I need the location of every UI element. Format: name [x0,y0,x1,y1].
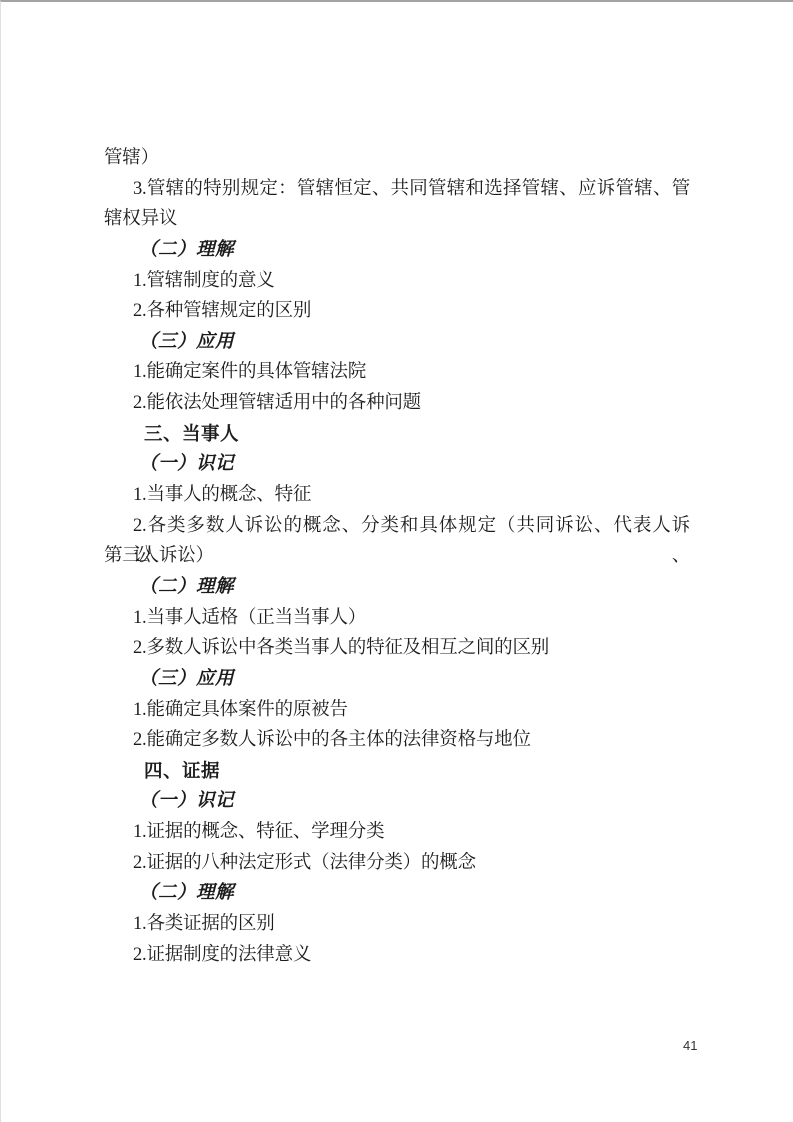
body-text-line: 1.证据的概念、特征、学理分类 [104,817,690,848]
page-number: 41 [683,1038,697,1053]
section-heading-line: 三、当事人 [104,419,690,450]
subheading-line: （三）应用 [104,664,690,695]
body-text-line: 1.能确定案件的具体管辖法院 [104,357,690,388]
body-text-line: 2.证据制度的法律意义 [104,940,690,971]
section-heading-line: 四、证据 [104,756,690,787]
body-text-line: 1.当事人适格（正当当事人） [104,603,690,634]
subheading-line: （二）理解 [104,235,690,266]
document-page: 管辖）3.管辖的特别规定：管辖恒定、共同管辖和选择管辖、应诉管辖、管辖权异议（二… [0,0,793,1122]
body-text-line: 3.管辖的特别规定：管辖恒定、共同管辖和选择管辖、应诉管辖、管 [104,174,690,205]
body-text-line: 2.能确定多数人诉讼中的各主体的法律资格与地位 [104,725,690,756]
subheading-line: （一）识记 [104,786,690,817]
body-text-line: 1.管辖制度的意义 [104,266,690,297]
subheading-line: （二）理解 [104,878,690,909]
document-body: 管辖）3.管辖的特别规定：管辖恒定、共同管辖和选择管辖、应诉管辖、管辖权异议（二… [104,143,690,970]
body-text-line: 管辖） [104,143,690,174]
subheading-line: （一）识记 [104,449,690,480]
body-text-line: 2.各种管辖规定的区别 [104,296,690,327]
body-text-line: 2.各类多数人诉讼的概念、分类和具体规定（共同诉讼、代表人诉讼、 [104,511,690,542]
body-text-line: 2.证据的八种法定形式（法律分类）的概念 [104,848,690,879]
subheading-line: （二）理解 [104,572,690,603]
body-text-line: 1.能确定具体案件的原被告 [104,695,690,726]
body-text-line: 2.多数人诉讼中各类当事人的特征及相互之间的区别 [104,633,690,664]
body-text-line: 2.能依法处理管辖适用中的各种问题 [104,388,690,419]
body-text-line: 1.各类证据的区别 [104,909,690,940]
subheading-line: （三）应用 [104,327,690,358]
body-text-line: 辖权异议 [104,204,690,235]
body-text-line: 1.当事人的概念、特征 [104,480,690,511]
